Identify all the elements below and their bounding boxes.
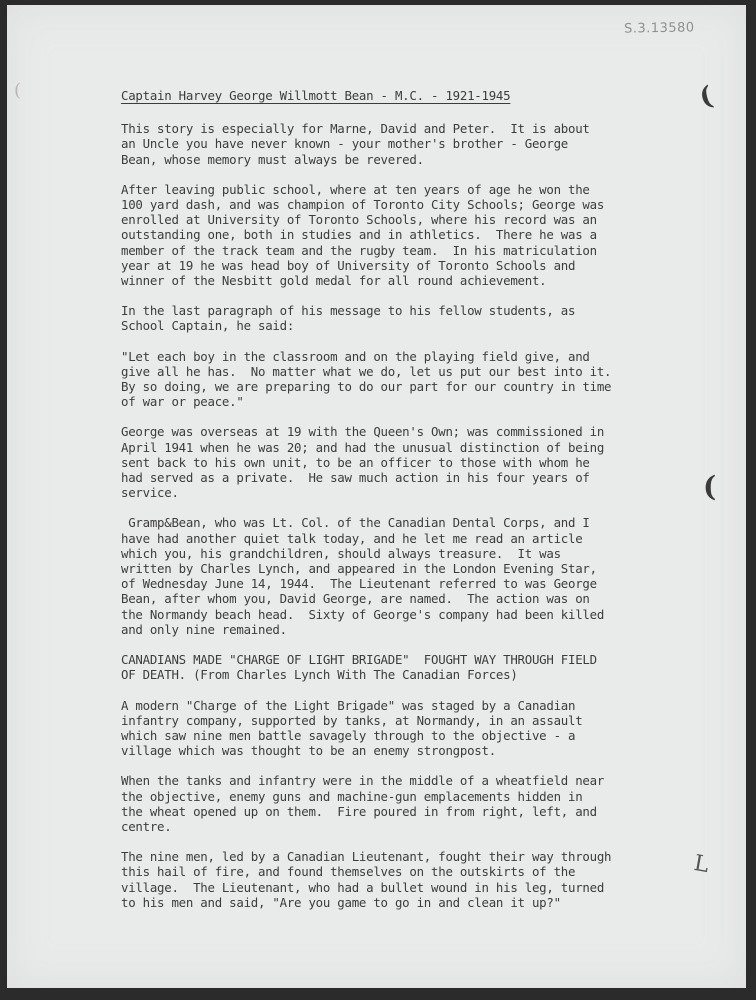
document-title: Captain Harvey George Willmott Bean - M.… [121, 88, 681, 103]
paragraph-overseas: George was overseas at 19 with the Queen… [121, 424, 681, 500]
binder-hole-mark-icon: ( [14, 80, 21, 101]
paragraph-school-captain: In the last paragraph of his message to … [121, 303, 681, 333]
typewritten-text: Captain Harvey George Willmott Bean - M.… [121, 88, 681, 925]
archive-number: S.3.13580 [624, 20, 695, 36]
paragraph-nine-men: The nine men, led by a Canadian Lieutena… [121, 849, 681, 910]
paragraph-wheatfield: When the tanks and infantry were in the … [121, 773, 681, 834]
article-headline: CANADIANS MADE "CHARGE OF LIGHT BRIGADE"… [121, 652, 681, 682]
binder-clip-mark-icon: ( [703, 470, 716, 503]
paragraph-dedication: This story is especially for Marne, Davi… [121, 121, 681, 167]
paragraph-schooling: After leaving public school, where at te… [121, 182, 681, 288]
scan-frame: S.3.13580 ( ( ( L Captain Harvey George … [0, 0, 756, 1000]
paragraph-light-brigade: A modern "Charge of the Light Brigade" w… [121, 698, 681, 759]
paragraph-gramp-bean: Gramp&Bean, who was Lt. Col. of the Cana… [121, 515, 681, 637]
paragraph-quote: "Let each boy in the classroom and on th… [121, 349, 681, 410]
